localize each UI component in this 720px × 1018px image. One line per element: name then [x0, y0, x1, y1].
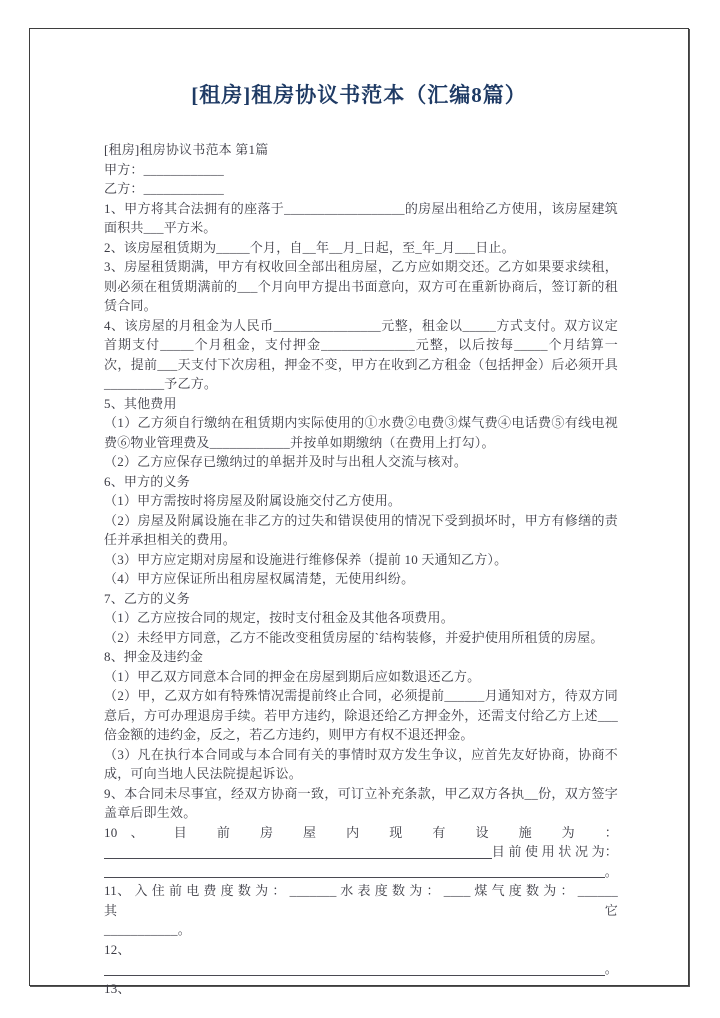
paragraph-line: 11、 入 住 前 电 费 度 数 为 ： _______ 水 表 度 数 为 … — [104, 881, 618, 920]
paragraph-line: 12、 — [104, 940, 618, 960]
document-title: [租房]租房协议书范本（汇编8篇） — [70, 79, 648, 109]
paragraph-line: [租房]租房协议书范本 第1篇 — [104, 140, 618, 160]
paragraph-line: （2）甲，乙双方如有特殊情况需提前终止合同，必须提前______月通知对方，待双… — [104, 686, 618, 745]
paragraph-line: （2）乙方应保存已缴纳过的单据并及时与出租人交流与核对。 — [104, 452, 618, 472]
paragraph-line: 甲方：____________ — [104, 160, 618, 180]
paragraph-line: 乙方：____________ — [104, 179, 618, 199]
paragraph-line: 1、甲方将其合法拥有的座落于__________________的房屋出租给乙方… — [104, 199, 618, 238]
paragraph-line: （4）甲方应保证所出租房屋权属清楚，无使用纠纷。 — [104, 569, 618, 589]
page-border-frame: [租房]租房协议书范本（汇编8篇） [租房]租房协议书范本 第1篇甲方：____… — [29, 28, 689, 986]
paragraph-line: 8、押金及违约金 — [104, 647, 618, 667]
document-page: [租房]租房协议书范本（汇编8篇） [租房]租房协议书范本 第1篇甲方：____… — [0, 0, 720, 1018]
paragraph-line: 13、 — [104, 979, 618, 999]
blank-fill-line: 。 — [104, 959, 618, 979]
document-body: [租房]租房协议书范本 第1篇甲方：____________乙方：_______… — [104, 140, 618, 998]
paragraph-text: 。 — [605, 959, 618, 979]
paragraph-line: （1）甲乙双方同意本合同的押金在房屋到期后应如数退还乙方。 — [104, 667, 618, 687]
paragraph-line: 9、本合同未尽事宜，经双方协商一致，可订立补充条款，甲乙双方各执__份，双方签字… — [104, 784, 618, 823]
paragraph-line: 5、其他费用 — [104, 394, 618, 414]
paragraph-line: （2）未经甲方同意，乙方不能改变租赁房屋的`结构装修，并爱护使用所租赁的房屋。 — [104, 628, 618, 648]
paragraph-line: 2、该房屋租赁期为_____个月，自__年__月_日起，至_年_月___日止。 — [104, 238, 618, 258]
paragraph-line: （2）房屋及附属设施在非乙方的过失和错误使用的情况下受到损坏时，甲方有修缮的责任… — [104, 511, 618, 550]
blank-line — [104, 877, 605, 878]
paragraph-line: （1）甲方需按时将房屋及附属设施交付乙方使用。 — [104, 491, 618, 511]
paragraph-line: （1）乙方须自行缴纳在租赁期内实际使用的①水费②电费③煤气费④电话费⑤有线电视费… — [104, 413, 618, 452]
paragraph-text: 目 前 使 用 状 况 为： — [492, 842, 618, 862]
paragraph-line: 4、该房屋的月租金为人民币________________元整，租金以_____… — [104, 316, 618, 394]
paragraph-line: 3、房屋租赁期满，甲方有权收回全部出租房屋，乙方应如期交还。乙方如果要求续租，则… — [104, 257, 618, 316]
blank-fill-line: 。 — [104, 862, 618, 882]
paragraph-line: 6、甲方的义务 — [104, 472, 618, 492]
paragraph-line: （1）乙方应按合同的规定，按时支付租金及其他各项费用。 — [104, 608, 618, 628]
paragraph-line: （3）凡在执行本合同或与本合同有关的事情时双方发生争议，应首先友好协商，协商不成… — [104, 745, 618, 784]
paragraph-line: 10、 目 前 房 屋 内 现 有 设 施 为 ： — [104, 823, 618, 843]
paragraph-line: ___________。 — [104, 920, 618, 940]
blank-line — [104, 858, 492, 859]
blank-fill-line: 目 前 使 用 状 况 为： — [104, 842, 618, 862]
blank-line — [104, 975, 605, 976]
paragraph-text: 。 — [605, 862, 618, 882]
paragraph-line: 7、乙方的义务 — [104, 589, 618, 609]
paragraph-line: （3）甲方应定期对房屋和设施进行维修保养（提前 10 天通知乙方）。 — [104, 550, 618, 570]
